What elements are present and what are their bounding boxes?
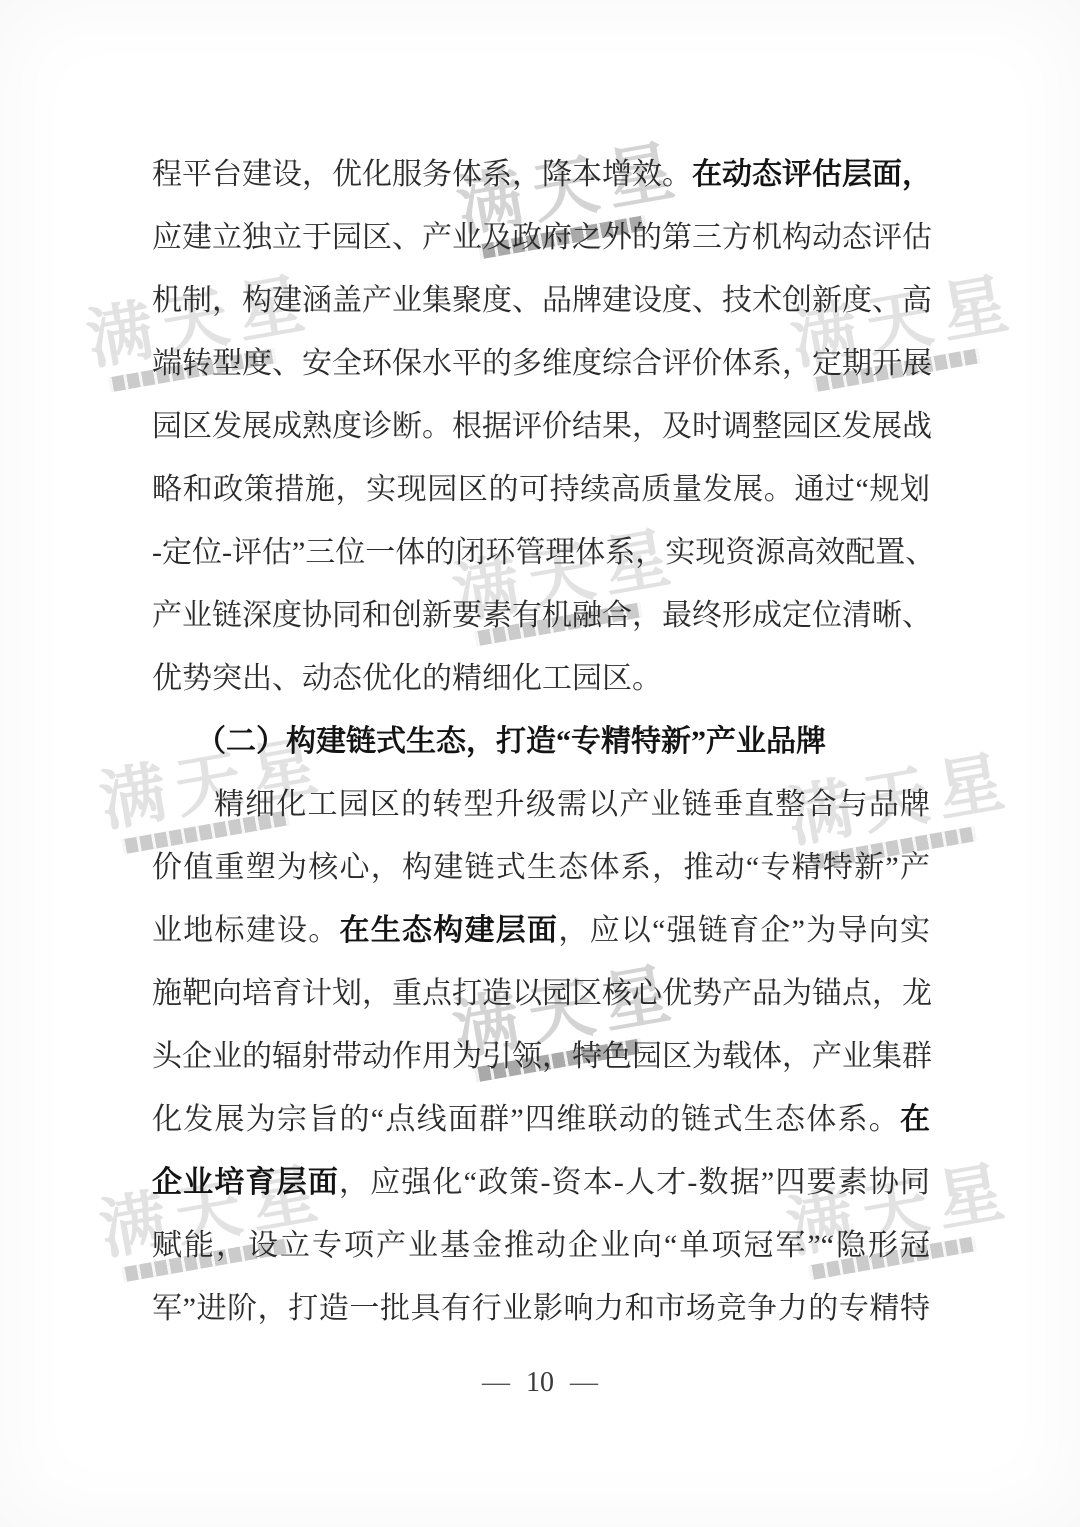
emphasis-text: 在 [900,1103,930,1136]
page-footer: —10— [0,1367,1080,1399]
text-line: 施靶向培育计划，重点打造以园区核心优势产品为锚点，龙 [152,962,930,1025]
emphasis-text: 在动态评估层面， [692,158,932,191]
text-line: 业地标建设。在生态构建层面，应以“强链育企”为导向实 [152,899,930,962]
text-line: 程平台建设，优化服务体系，降本增效。在动态评估层面， [152,143,930,206]
document-page: 满天星满天星满天星满天星满天星满天星满天星满天星满天星 程平台建设，优化服务体系… [0,0,1080,1527]
text-line: 精细化工园区的转型升级需以产业链垂直整合与品牌 [152,773,930,836]
text-line: 略和政策措施，实现园区的可持续高质量发展。通过“规划 [152,458,930,521]
text-line: 应建立独立于园区、产业及政府之外的第三方机构动态评估 [152,206,930,269]
emphasis-text: （二）构建链式生态，打造“专精特新”产业品牌 [196,725,826,758]
footer-right-dash: — [570,1367,598,1398]
emphasis-text: 企业培育层面 [152,1166,339,1199]
text-line: 头企业的辐射带动作用为引领，特色园区为载体，产业集群 [152,1025,930,1088]
text-line: -定位-评估”三位一体的闭环管理体系，实现资源高效配置、 [152,521,930,584]
text-line: 企业培育层面，应强化“政策-资本-人才-数据”四要素协同 [152,1151,930,1214]
text-line: 机制，构建涵盖产业集聚度、品牌建设度、技术创新度、高 [152,269,930,332]
text-line: 化发展为宗旨的“点线面群”四维联动的链式生态体系。在 [152,1088,930,1151]
text-line: 园区发展成熟度诊断。根据评价结果，及时调整园区发展战 [152,395,930,458]
text-line: 产业链深度协同和创新要素有机融合，最终形成定位清晰、 [152,584,930,647]
emphasis-text: 在生态构建层面 [340,914,559,947]
document-body: 程平台建设，优化服务体系，降本增效。在动态评估层面，应建立独立于园区、产业及政府… [152,143,930,1340]
footer-left-dash: — [482,1367,510,1398]
text-line: 价值重塑为核心，构建链式生态体系，推动“专精特新”产 [152,836,930,899]
text-line: 军”进阶，打造一批具有行业影响力和市场竞争力的专精特 [152,1277,930,1340]
text-line: 端转型度、安全环保水平的多维度综合评价体系，定期开展 [152,332,930,395]
section-heading: （二）构建链式生态，打造“专精特新”产业品牌 [152,710,930,773]
page-number: 10 [526,1367,554,1398]
text-line: 优势突出、动态优化的精细化工园区。 [152,647,930,710]
text-line: 赋能，设立专项产业基金推动企业向“单项冠军”“隐形冠 [152,1214,930,1277]
